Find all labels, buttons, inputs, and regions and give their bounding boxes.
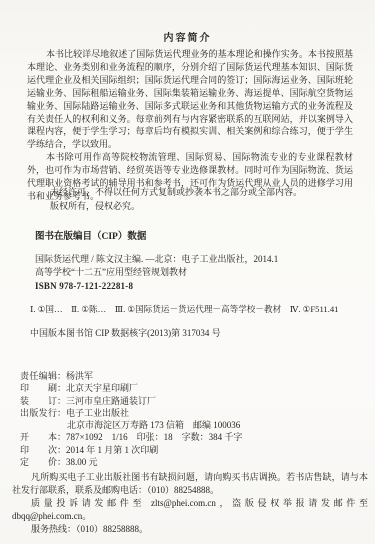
- pub-row-address: 北京市海淀区万寿路 173 信箱 邮编 100036: [20, 419, 360, 431]
- pub-colon: ：: [57, 396, 66, 406]
- copyright-notice: 未经许可，不得以任何方式复制或抄袭本书之部分或全部内容。 版权所有，侵权必究。: [50, 186, 350, 213]
- pub-value: 38.00 元: [66, 457, 98, 467]
- pub-label: 开本: [20, 431, 57, 443]
- pub-row-price: 定价：38.00 元: [20, 456, 360, 468]
- isbn-line: ISBN 978-7-121-22281-8: [35, 280, 355, 293]
- cip-classification-line: Ⅰ. ①国… Ⅱ. ①陈… Ⅲ. ①国际货运－货运代理－高等学校－教材 Ⅳ. ①…: [30, 303, 370, 315]
- pub-colon: ：: [57, 445, 66, 455]
- purchase-notice: 凡所购买电子工业出版社图书有缺损问题，请向购买书店调换。若书店售缺，请与本社发行…: [12, 471, 368, 536]
- pub-label: 定价: [20, 456, 57, 468]
- pub-value: 三河市皇庄路通装订厂: [66, 396, 156, 406]
- pub-row-binder: 装订：三河市皇庄路通装订厂: [20, 395, 360, 407]
- pub-value: 北京天宇星印刷厂: [66, 383, 138, 393]
- purchase-notice-paragraph-3: 服务热线：（010）88258888。: [12, 523, 368, 536]
- copyright-notice-line-2: 版权所有，侵权必究。: [50, 200, 350, 214]
- cip-series-line: 高等学校“十二五”应用型经管规划教材: [35, 266, 355, 279]
- pub-colon: ：: [57, 457, 66, 467]
- purchase-notice-paragraph-2: 质量投诉请发邮件至 zlts@phei.com.cn，盗版侵权举报请发邮件至 d…: [12, 497, 368, 523]
- pub-row-publisher: 出版发行：电子工业出版社: [20, 407, 360, 419]
- purchase-notice-paragraph-1: 凡所购买电子工业出版社图书有缺损问题，请向购买书店调换。若书店售缺，请与本社发行…: [12, 471, 368, 497]
- pub-value: 杨洪军: [66, 371, 93, 381]
- pub-value: 2014 年 1 月第 1 次印刷: [66, 445, 158, 455]
- intro-section: 本书比较详尽地叙述了国际货运代理业务的基本理论和操作实务。本书按照基本理论、业务…: [27, 48, 353, 203]
- pub-label: 印刷: [20, 382, 57, 394]
- cip-title-line: 国际货运代理 / 陈文汉主编. —北京：电子工业出版社，2014.1: [35, 253, 355, 266]
- publication-info: 责任编辑：杨洪军 印刷：北京天宇星印刷厂 装订：三河市皇庄路通装订厂 出版发行：…: [20, 370, 360, 468]
- intro-title: 内容简介: [0, 29, 375, 44]
- copyright-notice-line-1: 未经许可，不得以任何方式复制或抄袭本书之部分或全部内容。: [50, 186, 350, 200]
- pub-colon: ：: [57, 371, 66, 381]
- pub-row-editor: 责任编辑：杨洪军: [20, 370, 360, 382]
- cip-block: 国际货运代理 / 陈文汉主编. —北京：电子工业出版社，2014.1 高等学校“…: [35, 253, 355, 293]
- cip-heading: 图书在版编目（CIP）数据: [35, 228, 146, 242]
- pub-row-printer: 印刷：北京天宇星印刷厂: [20, 382, 360, 394]
- intro-paragraph-1: 本书比较详尽地叙述了国际货运代理业务的基本理论和操作实务。本书按照基本理论、业务…: [27, 48, 353, 151]
- pub-value: 北京市海淀区万寿路 173 信箱 邮编 100036: [67, 420, 240, 430]
- pub-colon: ：: [57, 432, 66, 442]
- pub-label: 出版发行: [20, 407, 57, 419]
- pub-label: 装订: [20, 395, 57, 407]
- pub-label: 责任编辑: [20, 370, 57, 382]
- pub-row-impression: 印次：2014 年 1 月第 1 次印刷: [20, 444, 360, 456]
- pub-label: 印次: [20, 444, 57, 456]
- pub-colon: ：: [57, 408, 66, 418]
- copyright-page: 内容简介 本书比较详尽地叙述了国际货运代理业务的基本理论和操作实务。本书按照基本…: [0, 0, 375, 544]
- cip-record-line: 中国版本图书馆 CIP 数据核字(2013)第 317034 号: [30, 326, 370, 339]
- pub-value: 电子工业出版社: [66, 408, 129, 418]
- pub-value: 787×1092 1/16 印张：18 字数：384 千字: [66, 432, 242, 442]
- pub-colon: ：: [57, 383, 66, 393]
- pub-row-format: 开本：787×1092 1/16 印张：18 字数：384 千字: [20, 431, 360, 443]
